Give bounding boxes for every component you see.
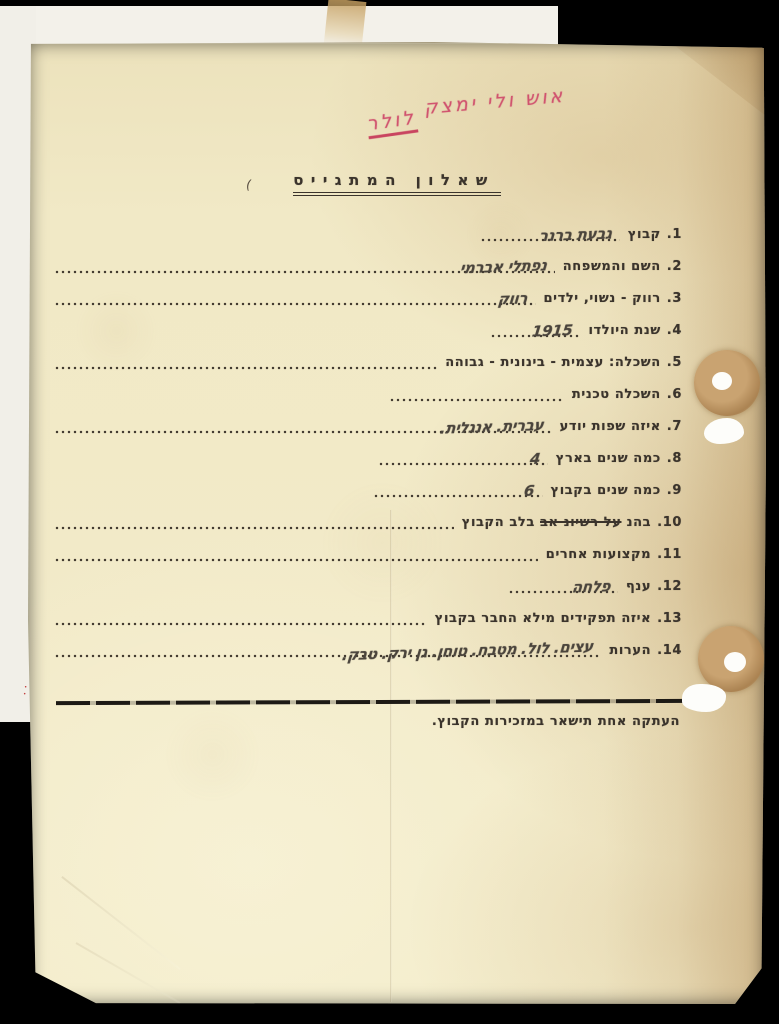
form-item-row: 3. רווק - נשוי, ילדים רווק (54, 274, 682, 306)
footer-note: העתקה אחת תישאר במזכירות הקבוץ. (432, 714, 680, 729)
item-label: איזה תפקידים מילא החבר בקבוץ (435, 611, 651, 626)
item-number: 2. (667, 259, 682, 274)
item-label: מקצועות אחרים (546, 547, 651, 562)
item-number: 6. (667, 387, 682, 402)
red-note-text: אוש ולי ימצק (423, 85, 566, 119)
handwritten-answer: 4 (529, 450, 541, 468)
wrinkle-line (61, 876, 180, 970)
wrinkle-line (76, 942, 181, 1004)
form-item-row: 14. הערות עצים. לול. מטבח. טוחן. גן ירק.… (54, 626, 682, 658)
item-number: 14. (657, 643, 682, 658)
form-item-row: 9. כמה שנים בקבוץ 6 (54, 466, 682, 498)
paper-tear (704, 418, 744, 444)
dotted-leader-line (54, 546, 538, 562)
dotted-leader-line: 6 (373, 482, 543, 498)
item-label: הערות (609, 643, 651, 658)
handwritten-answer: עברית. אנגלית. (439, 416, 544, 438)
hole-reinforcement-ring (694, 350, 760, 416)
item-number: 8. (667, 451, 682, 466)
form-item-row: 2. השם והמשפחה נפתלי אברמי (54, 242, 682, 274)
dotted-leader-line: 1915 (490, 322, 580, 338)
item-label: שנת היולדו (588, 323, 660, 338)
item-label: כמה שנים בארץ (556, 451, 661, 466)
item-number: 5. (667, 355, 682, 370)
handwritten-answer: נפתלי אברמי (459, 256, 548, 277)
form-item-row: 8. כמה שנים בארץ 4 (54, 434, 682, 466)
item-label: השכלה: עצמית - בינונית - גבוהה (445, 355, 661, 370)
form-item-row: 12. ענף פלחה (54, 562, 682, 594)
handwritten-answer: רווק (497, 289, 528, 308)
item-number: 7. (667, 419, 682, 434)
dotted-leader-line: נפתלי אברמי (54, 258, 555, 274)
handwritten-answer: 6 (523, 482, 535, 500)
form-item-row: 13. איזה תפקידים מילא החבר בקבוץ (54, 594, 682, 626)
item-label: רווק - נשוי, ילדים (544, 291, 661, 306)
item-label: השם והמשפחה (563, 259, 661, 274)
document-title: שאלון המתגייס (293, 171, 501, 196)
item-label: בהנ על רשיונ אב בלב הקבוץ (462, 515, 651, 530)
item-number: 12. (657, 579, 682, 594)
red-note-underlined-word: לולר (365, 107, 418, 140)
scanned-document-page: { "colors":{ "background":"#000000","bac… (0, 0, 779, 1024)
item-number: 3. (667, 291, 682, 306)
red-pencil-annotation: אוש ולי ימצק לולר (216, 85, 567, 141)
item-number: 4. (667, 323, 682, 338)
dotted-leader-line (54, 514, 454, 530)
hole-reinforcement-ring (698, 626, 764, 692)
item-label: ענף (626, 579, 651, 594)
form-item-row: 6. השכלה טכנית (54, 370, 682, 402)
dotted-leader-line (54, 354, 437, 370)
punched-hole (724, 652, 746, 672)
dotted-leader-line: פלחה (508, 578, 618, 594)
item-number: 1. (667, 227, 682, 242)
dotted-leader-line: גבעת ברנר (480, 226, 620, 242)
dotted-leader-line (54, 610, 427, 626)
form-item-row: 7. איזה שפות יודע עברית. אנגלית. (54, 402, 682, 434)
paper-sheet: אוש ולי ימצק לולר ( שאלון המתגייס 1. קבו… (28, 42, 766, 1005)
item-label: קבוץ (628, 227, 661, 242)
handwritten-answer: עצים. לול. מטבח. טוחן. גן ירק. טבק. (342, 638, 595, 665)
dotted-leader-line: רווק (54, 290, 536, 306)
item-number: 10. (657, 515, 682, 530)
dotted-leader-line: 4 (378, 450, 548, 466)
handwritten-answer: גבעת ברנר (538, 225, 612, 246)
corner-fold-top-right (670, 42, 766, 116)
handwritten-answer: פלחה (571, 577, 611, 596)
form-item-row: 10. בהנ על רשיונ אב בלב הקבוץ (54, 498, 682, 530)
item-number: 9. (667, 483, 682, 498)
footer-divider-line (56, 699, 688, 705)
punched-hole (712, 372, 732, 390)
item-label: השכלה טכנית (572, 387, 661, 402)
questionnaire-items: 1. קבוץ גבעת ברנר 2. השם והמשפחה נפתלי א… (54, 210, 682, 658)
dotted-leader-line: עצים. לול. מטבח. טוחן. גן ירק. טבק. (54, 642, 601, 658)
dotted-leader-line: עברית. אנגלית. (54, 418, 552, 434)
handwritten-answer: 1915 (531, 321, 573, 340)
paper-tear (682, 684, 726, 712)
item-label: איזה שפות יודע (560, 419, 661, 434)
form-item-row: 1. קבוץ גבעת ברנר (54, 210, 682, 242)
form-item-row: 5. השכלה: עצמית - בינונית - גבוהה (54, 338, 682, 370)
item-number: 11. (657, 547, 682, 562)
item-label: כמה שנים בקבוץ (551, 483, 661, 498)
form-item-row: 11. מקצועות אחרים (54, 530, 682, 562)
item-number: 13. (657, 611, 682, 626)
form-item-row: 4. שנת היולדו 1915 (54, 306, 682, 338)
dotted-leader-line (389, 386, 564, 402)
